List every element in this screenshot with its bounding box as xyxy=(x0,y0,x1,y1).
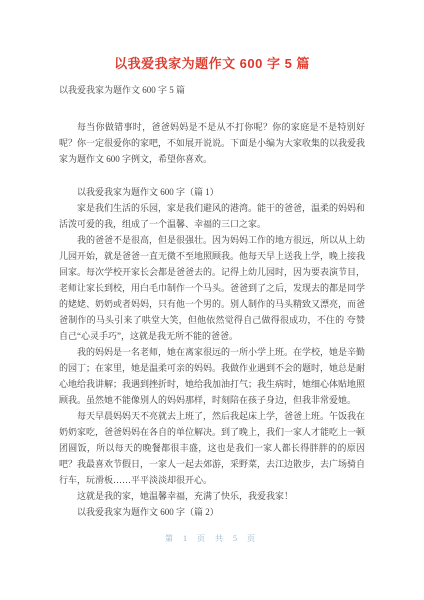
page-number-footer: 第 1 页 共 5 页 xyxy=(59,533,365,545)
essay-section-2: 以我爱我家为题作文 600 字（篇 2） xyxy=(59,504,365,520)
essay-1-paragraph-2: 我的爸爸不是很高，但是很强壮。因为妈妈工作的地方很远，所以从上幼儿园开始，就是爸… xyxy=(59,232,365,344)
essay-1-heading: 以我爱我家为题作文 600 字（篇 1） xyxy=(59,184,365,200)
essay-1-paragraph-4: 每天早晨妈妈天不亮就去上班了，然后我起床上学，爸爸上班。午饭我在奶奶家吃，爸爸妈… xyxy=(59,408,365,488)
document-title: 以我爱我家为题作文 600 字 5 篇 xyxy=(59,56,365,72)
document-page: 以我爱我家为题作文 600 字 5 篇 以我爱我家为题作文 600 字 5 篇 … xyxy=(0,0,424,600)
essay-1-paragraph-1: 家是我们生活的乐园，家是我们避风的港湾。能干的爸爸，温柔的妈妈和活泼可爱的我，组… xyxy=(59,200,365,232)
essay-1-paragraph-5: 这就是我的家，她温馨幸福，充满了快乐，我爱我家！ xyxy=(59,488,365,504)
essay-2-heading: 以我爱我家为题作文 600 字（篇 2） xyxy=(59,504,365,520)
document-subtitle: 以我爱我家为题作文 600 字 5 篇 xyxy=(59,82,365,98)
essay-1-paragraph-3: 我的妈妈是一名老师，她在离家很远的一所小学上班。在学校，她是辛勤的园丁；在家里，… xyxy=(59,344,365,408)
essay-section-1: 以我爱我家为题作文 600 字（篇 1） 家是我们生活的乐园，家是我们避风的港湾… xyxy=(59,184,365,504)
intro-paragraph: 每当你做错事时，爸爸妈妈是不是从不打你呢？你的家庭是不是特别好呢？你一定很爱你的… xyxy=(59,119,365,167)
